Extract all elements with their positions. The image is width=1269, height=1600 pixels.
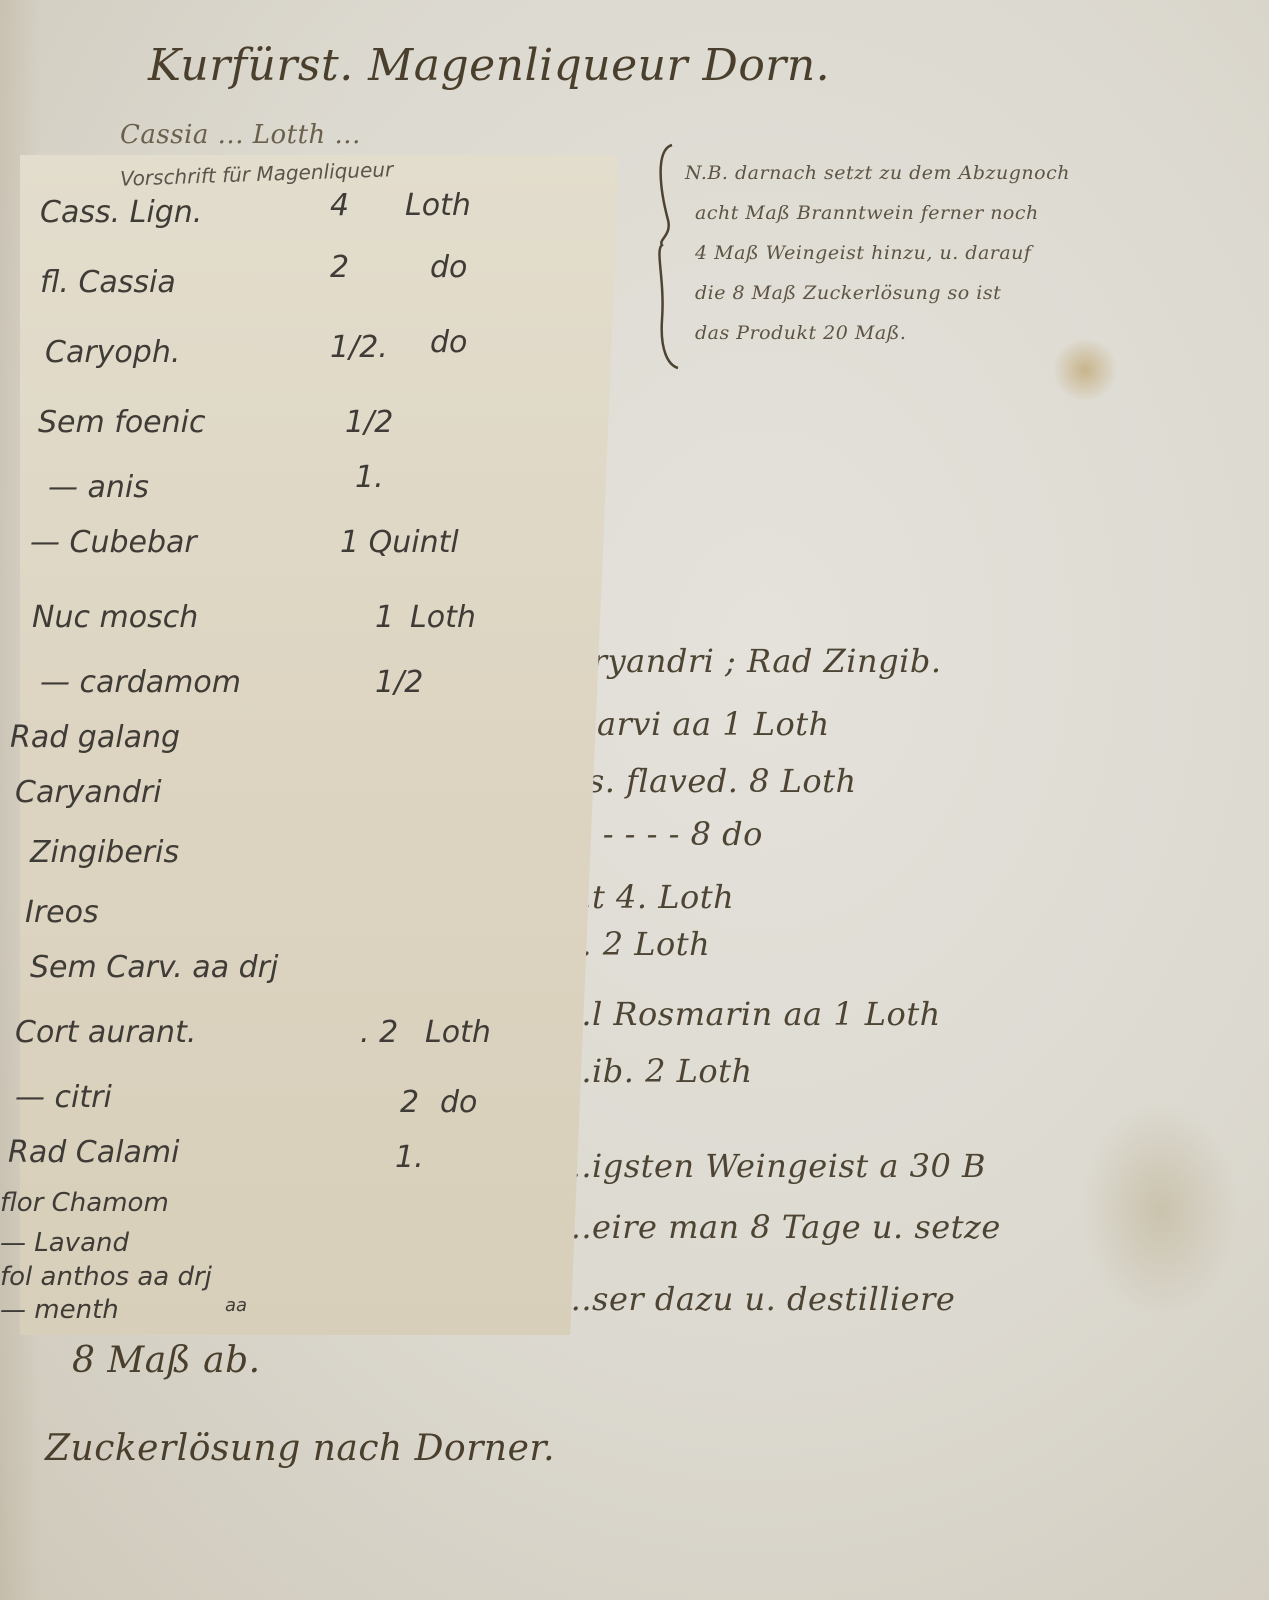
ingredient-name: Sem Carv. aa drj (30, 950, 278, 985)
ingredient-name: — menth (0, 1295, 119, 1325)
ingredient-qty: 1. (355, 460, 384, 495)
main-text-line: ...ib. 2 Loth (560, 1052, 753, 1090)
main-text-line: ...l Rosmarin aa 1 Loth (560, 995, 941, 1033)
ingredient-qty: 1 Quintl (340, 525, 459, 560)
ingredient-qty: 1 (375, 600, 394, 635)
ingredient-name: flor Chamom (0, 1188, 169, 1218)
main-text-line: ...ser dazu u. destilliere (560, 1280, 955, 1318)
ingredient-qty: 1. (395, 1140, 424, 1175)
main-text-line: 8 Maß ab. (72, 1340, 261, 1381)
ingredient-unit: do (430, 325, 467, 360)
main-text-partial: Cassia ... Lotth ... (120, 120, 361, 150)
ingredient-name: — cardamom (40, 665, 241, 700)
main-text-line: ...oryandri ; Rad Zingib. (540, 642, 942, 680)
ingredient-name: Zingiberis (30, 835, 179, 870)
ingredient-name: Caryandri (15, 775, 162, 810)
margin-note-line: die 8 Maß Zuckerlösung so ist (695, 282, 1001, 304)
ingredient-name: Cort aurant. (15, 1015, 196, 1050)
ingredient-qty: 2 (400, 1085, 419, 1120)
ingredient-unit: Loth (405, 188, 471, 223)
ingredient-name: — Cubebar (30, 525, 197, 560)
manuscript-page: Kurfürst. Magenliqueur Dorn. N.B. darnac… (0, 0, 1269, 1600)
ingredient-unit: do (440, 1085, 477, 1120)
ingredient-qty: 1/2 (345, 405, 393, 440)
main-text-line: Zuckerlösung nach Dorner. (45, 1428, 555, 1469)
main-text-line: ...eire man 8 Tage u. setze (560, 1208, 1001, 1246)
ingredient-qty: 2 (330, 250, 349, 285)
ingredient-name: Sem foenic (38, 405, 205, 440)
ingredient-qty: 1/2. (330, 330, 388, 365)
ingredient-name: Rad Calami (8, 1135, 179, 1170)
ingredient-name: Caryoph. (45, 335, 180, 370)
margin-note-line: N.B. darnach setzt zu dem Abzugnoch (685, 162, 1070, 184)
ingredient-name: — anis (48, 470, 149, 505)
ingredient-name: Rad galang (10, 720, 180, 755)
brace-mark (650, 140, 680, 370)
ingredient-name: Ireos (25, 895, 99, 930)
ingredient-unit: do (430, 250, 467, 285)
page-title: Kurfürst. Magenliqueur Dorn. (148, 40, 830, 91)
ingredient-qty: 4 (330, 188, 349, 223)
ingredient-unit: Loth (410, 600, 476, 635)
ingredient-name: — citri (15, 1080, 112, 1115)
margin-note-line: das Produkt 20 Maß. (695, 322, 906, 344)
ingredient-unit: Loth (425, 1015, 491, 1050)
ingredient-qty: aa (225, 1295, 247, 1316)
margin-note-line: acht Maß Branntwein ferner noch (695, 202, 1039, 224)
ingredient-name: fol anthos aa drj (0, 1262, 212, 1292)
ingredient-name: fl. Cassia (40, 265, 176, 300)
main-text-line: ...igsten Weingeist a 30 B (560, 1147, 986, 1185)
foxing-stain (1050, 340, 1120, 400)
ingredient-name: Nuc mosch (32, 600, 198, 635)
ingredient-name: Cass. Lign. (40, 195, 202, 230)
foxing-stain (1080, 1100, 1240, 1320)
ingredient-qty: . 2 (360, 1015, 398, 1050)
ingredient-qty: 1/2 (375, 665, 423, 700)
margin-note-line: 4 Maß Weingeist hinzu, u. darauf (695, 242, 1031, 264)
ingredient-name: — Lavand (0, 1228, 129, 1258)
